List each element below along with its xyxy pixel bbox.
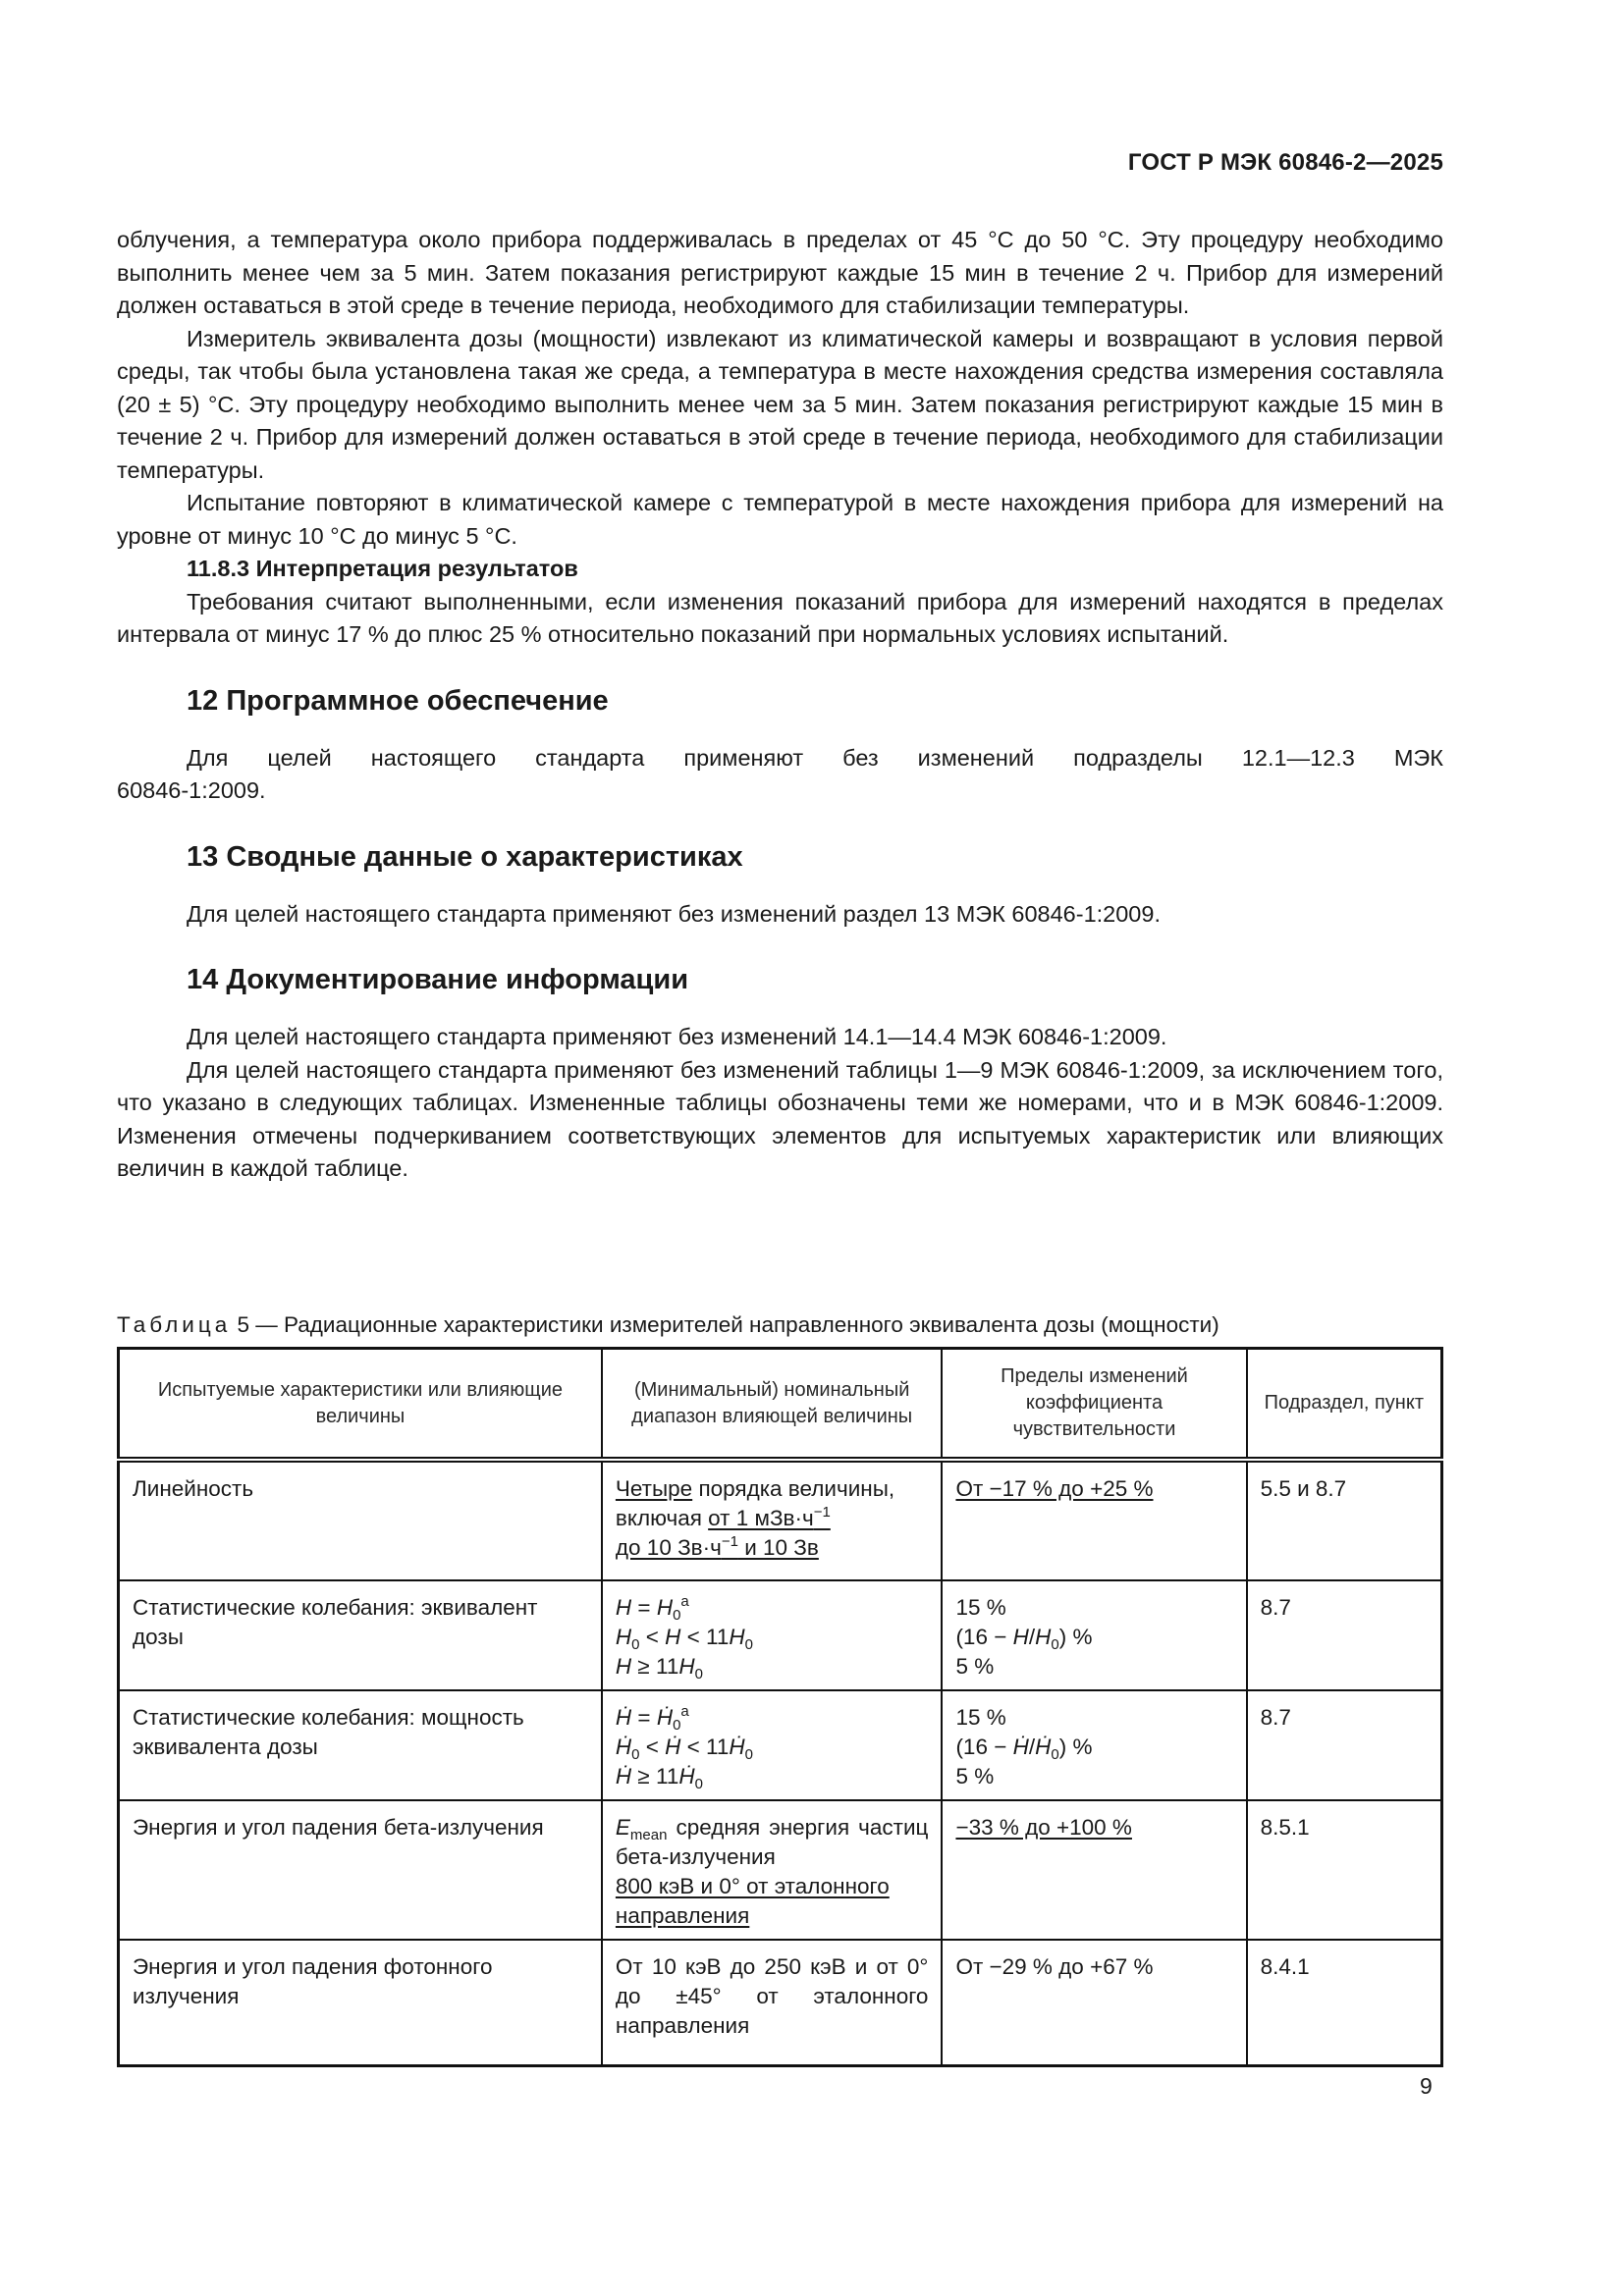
table-header-row: Испытуемые характеристики или влияющие в… [119, 1349, 1442, 1461]
paragraph: Испытание повторяют в климатической каме… [117, 487, 1443, 553]
column-header: (Минимальный) номинальный диапазон влияю… [602, 1349, 943, 1461]
table-caption-text: 5 — Радиационные характеристики измерите… [238, 1312, 1219, 1337]
document-body: облучения, а температура около прибора п… [117, 224, 1443, 1186]
cell-limits: −33 % до +100 % [942, 1800, 1246, 1940]
cell-clause: 5.5 и 8.7 [1247, 1460, 1442, 1580]
cell-clause: 8.4.1 [1247, 1940, 1442, 2065]
table-caption: Таблица 5 — Радиационные характеристики … [117, 1310, 1219, 1340]
cell-range: Emean средняя энергия частиц бета-излуче… [602, 1800, 943, 1940]
cell-clause: 8.7 [1247, 1690, 1442, 1800]
characteristics-table: Испытуемые характеристики или влияющие в… [117, 1347, 1443, 2067]
table-caption-label: Таблица [117, 1312, 231, 1337]
column-header: Подраздел, пункт [1247, 1349, 1442, 1461]
cell-range: Ḣ = Ḣ0a Ḣ0 < Ḣ < 11Ḣ0 Ḣ ≥ 11Ḣ0 [602, 1690, 943, 1800]
table-row: Энергия и угол падения фотонного излучен… [119, 1940, 1442, 2065]
paragraph: Для целей настоящего стандарта применяют… [117, 742, 1443, 808]
table-row: Линейность Четыре порядка величины, вклю… [119, 1460, 1442, 1580]
paragraph: Измеритель эквивалента дозы (мощности) и… [117, 323, 1443, 488]
cell-limits: 15 % (16 − Ḣ/Ḣ0) % 5 % [942, 1690, 1246, 1800]
paragraph: Требования считают выполненными, если из… [117, 586, 1443, 652]
cell-characteristic: Энергия и угол падения бета-излучения [119, 1800, 602, 1940]
paragraph: Для целей настоящего стандарта применяют… [117, 1054, 1443, 1186]
cell-characteristic: Энергия и угол падения фотонного излучен… [119, 1940, 602, 2065]
table-row: Статистические колебания: эквивалент доз… [119, 1580, 1442, 1690]
subsection-title: 11.8.3 Интерпретация результатов [117, 553, 1443, 586]
section-title: 14 Документирование информации [117, 960, 1443, 999]
cell-clause: 8.5.1 [1247, 1800, 1442, 1940]
paragraph: Для целей настоящего стандарта применяют… [117, 898, 1443, 932]
column-header: Пределы изменений коэффициента чувствите… [942, 1349, 1246, 1461]
section-title: 12 Программное обеспечение [117, 681, 1443, 721]
cell-characteristic: Статистические колебания: мощность эквив… [119, 1690, 602, 1800]
cell-clause: 8.7 [1247, 1580, 1442, 1690]
table-row: Энергия и угол падения бета-излучения Em… [119, 1800, 1442, 1940]
page-number: 9 [1420, 2073, 1433, 2100]
column-header: Испытуемые характеристики или влияющие в… [119, 1349, 602, 1461]
cell-characteristic: Линейность [119, 1460, 602, 1580]
cell-characteristic: Статистические колебания: эквивалент доз… [119, 1580, 602, 1690]
document-header-id: ГОСТ Р МЭК 60846-2—2025 [1128, 149, 1443, 177]
cell-range: От 10 кэВ до 250 кэВ и от 0° до ±45° от … [602, 1940, 943, 2065]
table-row: Статистические колебания: мощность эквив… [119, 1690, 1442, 1800]
cell-range: Четыре порядка величины, включая от 1 мЗ… [602, 1460, 943, 1580]
cell-limits: От −17 % до +25 % [942, 1460, 1246, 1580]
paragraph: Для целей настоящего стандарта применяют… [117, 1021, 1443, 1054]
paragraph: облучения, а температура около прибора п… [117, 224, 1443, 323]
cell-range: H = H0a H0 < H < 11H0 H ≥ 11H0 [602, 1580, 943, 1690]
section-title: 13 Сводные данные о характеристиках [117, 837, 1443, 877]
cell-limits: 15 % (16 − H/H0) % 5 % [942, 1580, 1246, 1690]
cell-limits: От −29 % до +67 % [942, 1940, 1246, 2065]
